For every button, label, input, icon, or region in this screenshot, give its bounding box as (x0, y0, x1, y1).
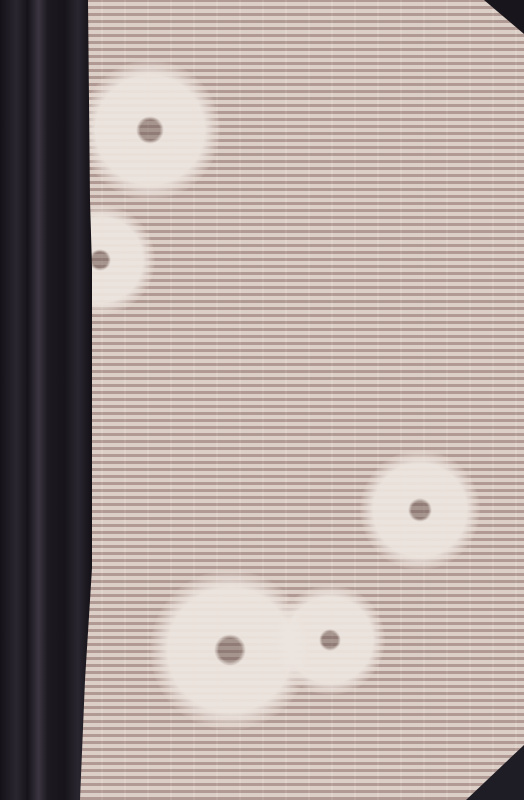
blossom-motif (275, 585, 385, 695)
book-cover (0, 0, 524, 800)
blossom-motif (360, 450, 480, 570)
blossom-motif (80, 60, 220, 200)
leather-spine (0, 0, 92, 800)
